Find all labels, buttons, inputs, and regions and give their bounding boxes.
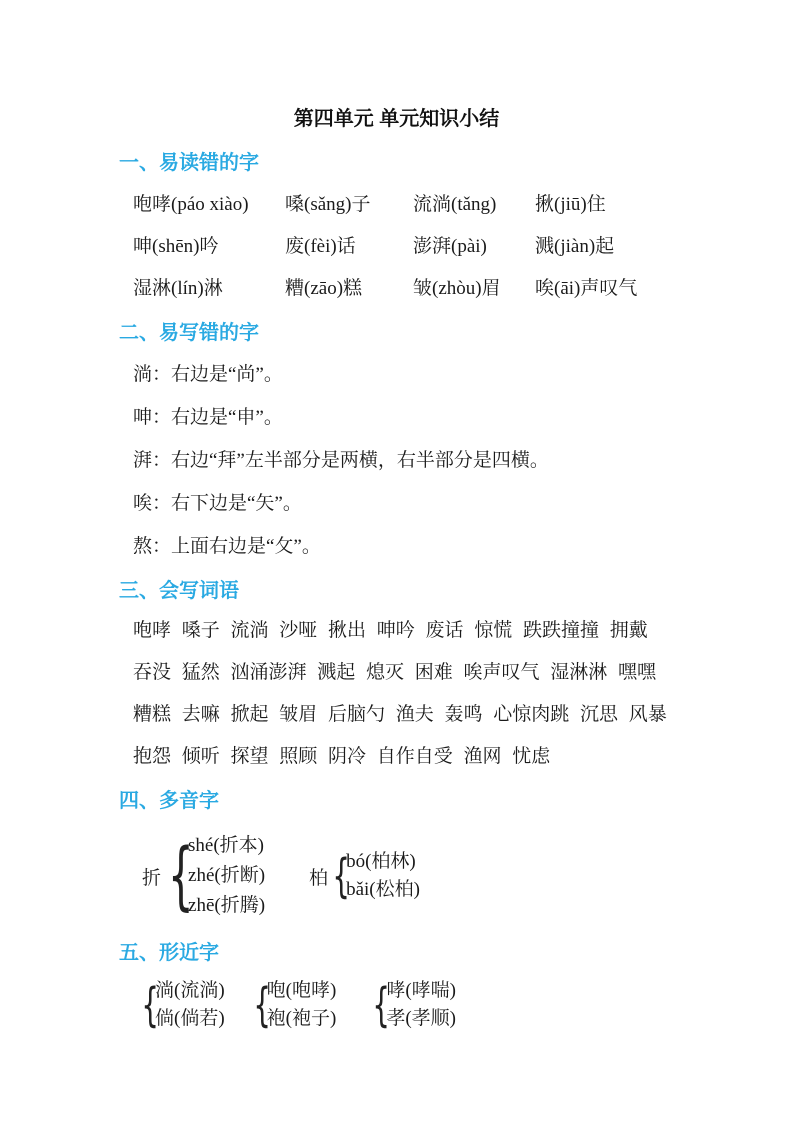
brace-icon: {	[373, 978, 383, 1032]
similar-item: 咆(咆哮)	[267, 977, 337, 1005]
readings-list: bó(柏林) bǎi(松柏)	[346, 848, 420, 904]
page-title: 第四单元 单元知识小结	[0, 0, 793, 131]
similar-item: 淌(流淌)	[155, 977, 225, 1005]
similar-pair-list: 哮(哮喘) 孝(孝顺)	[386, 977, 456, 1033]
brace-icon: {	[168, 832, 182, 920]
note-line: 淌：右边是“尚”。	[133, 363, 793, 387]
section-easy-miswrite: 二、易写错的字 淌：右边是“尚”。 呻：右边是“申”。 湃：右边“拜”左半部分是…	[0, 322, 793, 559]
similar-item: 倘(倘若)	[155, 1005, 225, 1033]
word-item: 流淌(tǎng)	[413, 193, 535, 217]
similar-chars-row: { 淌(流淌) 倘(倘若) { 咆(咆哮) 袍(袍子) { 哮(哮喘) 孝(孝顺…	[138, 977, 793, 1033]
word-item: 呻(shēn)吟	[133, 235, 285, 259]
polyphonic-group-zhe: 折 { shé(折本) zhé(折断) zhē(折腾)	[142, 831, 265, 921]
brace-icon: {	[253, 978, 263, 1032]
note-line: 熬：上面右边是“攵”。	[133, 535, 793, 559]
reading-item: zhé(折断)	[188, 861, 265, 891]
similar-group-1: { 淌(流淌) 倘(倘若)	[138, 977, 225, 1033]
reading-item: bǎi(松柏)	[346, 876, 420, 904]
word-item: 澎湃(pài)	[413, 235, 535, 259]
word-row: 抱怨 倾听 探望 照顾 阴冷 自作自受 渔网 忧虑	[133, 745, 793, 769]
word-item: 糟(zāo)糕	[285, 277, 413, 301]
word-item: 湿淋(lín)淋	[133, 277, 285, 301]
similar-pair-list: 咆(咆哮) 袍(袍子)	[267, 977, 337, 1033]
section-heading-polyphonic: 四、多音字	[119, 790, 793, 813]
section-similar-chars: 五、形近字 { 淌(流淌) 倘(倘若) { 咆(咆哮) 袍(袍子) { 哮(哮喘…	[0, 942, 793, 1033]
document-page: 第四单元 单元知识小结 一、易读错的字 咆哮(páo xiào) 嗓(sǎng)…	[0, 0, 793, 1122]
reading-item: shé(折本)	[188, 831, 265, 861]
word-row: 咆哮 嗓子 流淌 沙哑 揪出 呻吟 废话 惊慌 跌跌撞撞 拥戴	[133, 619, 793, 643]
polyphonic-char: 折	[142, 863, 161, 890]
word-item: 皱(zhòu)眉	[413, 277, 535, 301]
brace-icon: {	[141, 978, 151, 1032]
similar-item: 哮(哮喘)	[386, 977, 456, 1005]
note-line: 呻：右边是“申”。	[133, 406, 793, 430]
reading-item: bó(柏林)	[346, 848, 420, 876]
word-item: 咆哮(páo xiào)	[133, 193, 285, 217]
readings-list: shé(折本) zhé(折断) zhē(折腾)	[188, 831, 265, 921]
note-line: 唉：右下边是“矢”。	[133, 492, 793, 516]
similar-group-2: { 咆(咆哮) 袍(袍子)	[250, 977, 337, 1033]
polyphonic-row: 折 { shé(折本) zhé(折断) zhē(折腾) 柏 { bó(柏林) b…	[142, 831, 793, 921]
section-polyphonic: 四、多音字 折 { shé(折本) zhé(折断) zhē(折腾) 柏 { bó…	[0, 790, 793, 921]
word-item: 废(fèi)话	[285, 235, 413, 259]
section-heading-miswrite: 二、易写错的字	[119, 322, 793, 345]
word-item: 溅(jiàn)起	[535, 235, 753, 259]
word-item: 唉(āi)声叹气	[535, 277, 753, 301]
miswrite-notes: 淌：右边是“尚”。 呻：右边是“申”。 湃：右边“拜”左半部分是两横，右半部分是…	[0, 363, 793, 559]
section-heading-similar: 五、形近字	[119, 942, 793, 965]
similar-group-3: { 哮(哮喘) 孝(孝顺)	[369, 977, 456, 1033]
word-item: 嗓(sǎng)子	[285, 193, 413, 217]
word-item: 揪(jiū)住	[535, 193, 753, 217]
section-writable-words: 三、会写词语 咆哮 嗓子 流淌 沙哑 揪出 呻吟 废话 惊慌 跌跌撞撞 拥戴 吞…	[0, 580, 793, 769]
brace-icon: {	[332, 849, 342, 903]
word-row: 吞没 猛然 汹涌澎湃 溅起 熄灭 困难 唉声叹气 湿淋淋 嘿嘿	[133, 661, 793, 685]
note-line: 湃：右边“拜”左半部分是两横，右半部分是四横。	[133, 449, 793, 473]
polyphonic-char: 柏	[309, 863, 328, 890]
polyphonic-group-bai: 柏 { bó(柏林) bǎi(松柏)	[309, 848, 420, 904]
word-list: 咆哮 嗓子 流淌 沙哑 揪出 呻吟 废话 惊慌 跌跌撞撞 拥戴 吞没 猛然 汹涌…	[0, 619, 793, 769]
section-heading-words: 三、会写词语	[119, 580, 793, 603]
reading-item: zhē(折腾)	[188, 891, 265, 921]
similar-item: 孝(孝顺)	[386, 1005, 456, 1033]
similar-item: 袍(袍子)	[267, 1005, 337, 1033]
misread-words-grid: 咆哮(páo xiào) 嗓(sǎng)子 流淌(tǎng) 揪(jiū)住 呻…	[133, 193, 753, 301]
section-easy-misread: 一、易读错的字 咆哮(páo xiào) 嗓(sǎng)子 流淌(tǎng) 揪…	[0, 152, 793, 301]
section-heading-misread: 一、易读错的字	[119, 152, 793, 175]
similar-pair-list: 淌(流淌) 倘(倘若)	[155, 977, 225, 1033]
word-row: 糟糕 去嘛 掀起 皱眉 后脑勺 渔夫 轰鸣 心惊肉跳 沉思 风暴	[133, 703, 793, 727]
